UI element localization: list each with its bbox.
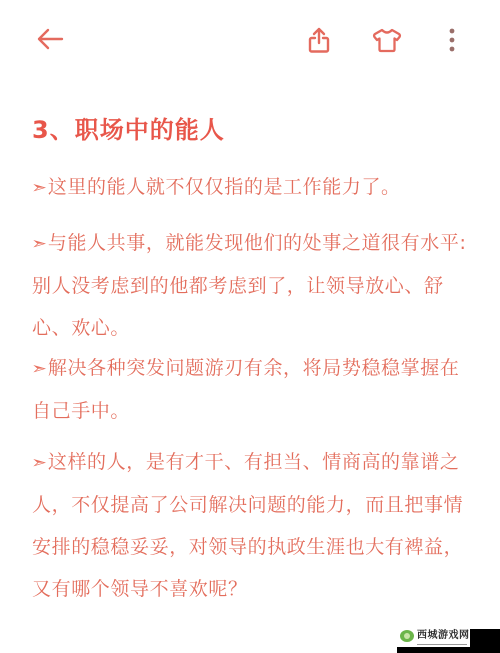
watermark-badge: 西城游戏网	[397, 625, 473, 647]
paragraph-text: 与能人共事，就能发现他们的处事之道很有水平:别人没考虑到的他都考虑到了，让领导放…	[32, 232, 466, 339]
paragraph-text: 解决各种突发问题游刃有余，将局势稳稳掌握在自己手中。	[32, 357, 459, 422]
back-button[interactable]	[30, 22, 70, 56]
arrow-bullet-icon: ➣	[31, 348, 47, 390]
watermark-black-strip	[397, 647, 500, 653]
arrow-bullet-icon: ➣	[31, 167, 47, 209]
share-button[interactable]	[302, 22, 336, 58]
t-shirt-icon	[372, 27, 402, 53]
paragraph-3: ➣解决各种突发问题游刃有余，将局势稳稳掌握在自己手中。	[32, 347, 472, 432]
top-toolbar	[0, 0, 500, 80]
paragraph-text: 这样的人，是有才干、有担当、情商高的靠谱之人，不仅提高了公司解决问题的能力，而且…	[32, 451, 463, 600]
article-body: 3、职场中的能人 ➣这里的能人就不仅仅指的是工作能力了。 ➣与能人共事，就能发现…	[32, 108, 472, 152]
more-vertical-icon	[448, 27, 456, 53]
watermark-underline	[417, 644, 467, 645]
section-title: 3、职场中的能人	[32, 108, 472, 152]
paragraph-2: ➣与能人共事，就能发现他们的处事之道很有水平:别人没考虑到的他都考虑到了，让领导…	[32, 222, 472, 349]
arrow-bullet-icon: ➣	[31, 223, 47, 265]
paragraph-1: ➣这里的能人就不仅仅指的是工作能力了。	[32, 166, 472, 209]
watermark-logo-icon	[400, 630, 414, 642]
theme-shirt-button[interactable]	[368, 24, 406, 56]
paragraph-text: 这里的能人就不仅仅指的是工作能力了。	[48, 176, 401, 198]
share-upload-icon	[307, 26, 331, 54]
more-options-button[interactable]	[442, 24, 462, 56]
watermark-text: 西城游戏网	[417, 631, 470, 641]
arrow-left-icon	[35, 27, 65, 51]
arrow-bullet-icon: ➣	[31, 442, 47, 484]
paragraph-4: ➣这样的人，是有才干、有担当、情商高的靠谱之人，不仅提高了公司解决问题的能力，而…	[32, 441, 472, 610]
site-watermark: 西城游戏网	[397, 625, 500, 653]
